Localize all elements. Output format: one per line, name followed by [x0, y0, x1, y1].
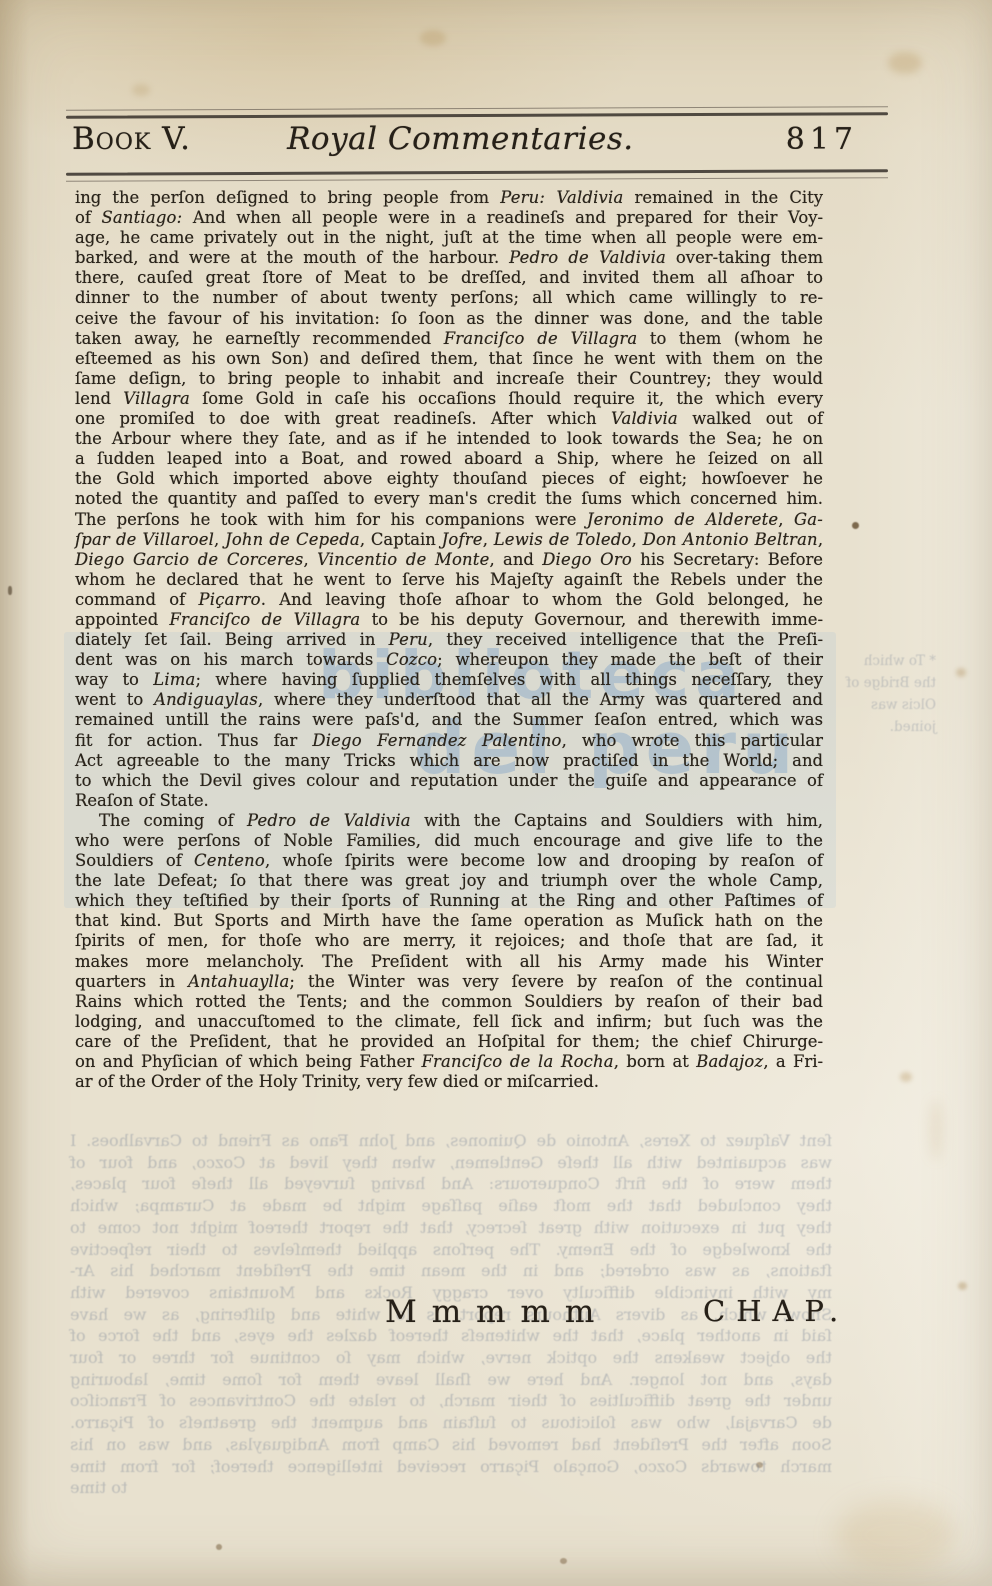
ink-speck — [216, 1544, 222, 1550]
text-line: lodging, and unaccuſtomed to the climate… — [75, 1012, 823, 1032]
page-footer: Mmmmm CHAP. — [75, 1294, 855, 1340]
paragraph-2: The coming of Pedro de Valdivia with the… — [75, 811, 823, 1092]
text-line: barked, and were at the mouth of the har… — [75, 248, 823, 268]
text-line: noted the quantity and paſſed to every m… — [75, 489, 823, 509]
text-line: eſteemed as his own Son) and deſired the… — [75, 349, 823, 369]
text-line: who were perſons of Noble Families, did … — [75, 831, 823, 851]
text-line: The perſons he took with him for his com… — [75, 510, 823, 530]
text-line: a ſudden leaped into a Boat, and rowed a… — [75, 449, 823, 469]
text-line: on and Phyſician of which being Father F… — [75, 1052, 823, 1072]
text-line: ar of the Order of the Holy Trinity, ver… — [75, 1072, 823, 1092]
text-line: ſpar de Villaroel, John de Cepeda, Capta… — [75, 530, 823, 550]
text-line: one promiſed to doe with great readineſs… — [75, 409, 823, 429]
text-line: went to Andiguaylas, where they underſto… — [75, 690, 823, 710]
text-line: dinner to the number of about twenty per… — [75, 288, 823, 308]
foxing-spot — [956, 668, 966, 677]
text-line: Rains which rotted the Tents; and the co… — [75, 992, 823, 1012]
text-line: The coming of Pedro de Valdivia with the… — [75, 811, 823, 831]
ink-speck — [852, 522, 859, 529]
text-line: age, he came privately out in the night,… — [75, 228, 823, 248]
show-through-line: the object weakens the optick nerve, whi… — [70, 1347, 832, 1369]
show-through-line: de Carvajal, who was ſolicitous to ſuſta… — [70, 1412, 832, 1434]
text-line: that kind. But Sports and Mirth have the… — [75, 911, 823, 931]
show-through-line: the Bridge of — [840, 672, 936, 694]
header-rule-bottom — [66, 169, 888, 182]
show-through-line: they concluded that the moſt eaſie paſſa… — [70, 1195, 832, 1217]
text-line: Souldiers of Centeno, whoſe ſpirits were… — [75, 851, 823, 871]
text-line: Diego Garcio de Corceres, Vincentio de M… — [75, 550, 823, 570]
show-through-line: under the great difficulties of their ma… — [70, 1390, 832, 1412]
text-line: diately ſet ſail. Being arrived in Peru,… — [75, 630, 823, 650]
ink-speck — [560, 1558, 567, 1564]
text-line: the Gold which imported above eighty tho… — [75, 469, 823, 489]
text-line: appointed Franciſco de Villagra to be hi… — [75, 610, 823, 630]
text-line: of Santiago: And when all people were in… — [75, 208, 823, 228]
show-through-line: ſtations, as was ordered; and in the mea… — [70, 1260, 832, 1282]
text-line: there, cauſed great ſtore of Meat to be … — [75, 268, 823, 288]
book-page-scan: biblioteca del peru * To whichthe Bridge… — [0, 0, 992, 1586]
signature-mark: Mmmmm — [385, 1294, 609, 1330]
header-rule-top — [66, 106, 888, 119]
foxing-spot — [888, 52, 922, 74]
text-line: ſpirits of men, for thoſe who are merry,… — [75, 931, 823, 951]
margin-mark — [8, 586, 12, 595]
show-through-line: they put in execution with great ſecrecy… — [70, 1217, 832, 1239]
show-through-line: joined. — [840, 716, 936, 738]
text-line: quarters in Antahuaylla; the Winter was … — [75, 972, 823, 992]
paper-stain — [930, 1100, 942, 1160]
running-head: Book V. Royal Commentaries. 817 — [72, 121, 872, 157]
text-line: whom he declared that he went to ſerve h… — [75, 570, 823, 590]
ink-speck — [756, 1462, 763, 1468]
show-through-line: Olcis was — [840, 694, 936, 716]
foxing-spot — [132, 84, 150, 96]
show-through-line: march towards Cozco, Gonçalo Piçarro rec… — [70, 1456, 832, 1478]
foxing-spot — [958, 1282, 967, 1290]
page-body-text: ing the perſon deſigned to bring people … — [75, 188, 823, 1092]
running-title: Royal Commentaries. — [287, 121, 634, 157]
text-line: Reaſon of State. — [75, 791, 823, 811]
text-line: which they teſtified by their ſports of … — [75, 891, 823, 911]
page-number: 817 — [786, 122, 858, 157]
show-through-line: Soon after the Preſident had removed his… — [70, 1434, 832, 1456]
text-line: to which the Devil gives colour and repu… — [75, 771, 823, 791]
show-through-line: the knowledge of the Enemy. The perſons … — [70, 1239, 832, 1261]
show-through-line: them were of the firſt Conquerours: And … — [70, 1173, 832, 1195]
foxing-spot — [900, 1072, 912, 1082]
text-line: lend Villagra ſome Gold in caſe his occa… — [75, 389, 823, 409]
foxing-spot — [420, 30, 446, 46]
text-line: ſame deſign, to bring people to inhabit … — [75, 369, 823, 389]
text-line: Act agreeable to the many Tricks which a… — [75, 751, 823, 771]
book-label: Book V. — [72, 121, 191, 157]
text-line: ceive the favour of his invitation: ſo ſ… — [75, 309, 823, 329]
text-line: care of the Preſident, that he provided … — [75, 1032, 823, 1052]
show-through-line: days, and not longer. And here we ſhall … — [70, 1369, 832, 1391]
text-line: the Arbour where they ſate, and as if he… — [75, 429, 823, 449]
text-line: fit for action. Thus far Diego Fernandez… — [75, 731, 823, 751]
text-line: taken away, he earneſtly recommended Fra… — [75, 329, 823, 349]
show-through-line: to time — [70, 1477, 832, 1499]
show-through-line: was acquainted with all theſe Gentlemen,… — [70, 1152, 832, 1174]
catchword: CHAP. — [703, 1294, 849, 1328]
text-line: way to Lima; where having ſupplied themſ… — [75, 670, 823, 690]
text-line: dent was on his march towards Cozco; whe… — [75, 650, 823, 670]
show-through-line: ſent Vaſquez to Xeres, Antonio de Quinon… — [70, 1130, 832, 1152]
show-through-line: * To which — [840, 650, 936, 672]
show-through-margin-note: * To whichthe Bridge ofOlcis wasjoined. — [840, 650, 936, 738]
text-line: the late Defeat; ſo that there was great… — [75, 871, 823, 891]
text-line: makes more melancholy. The Preſident wit… — [75, 952, 823, 972]
paper-stain — [836, 1500, 956, 1570]
text-line: command of Piçarro. And leaving thoſe aſ… — [75, 590, 823, 610]
text-line: ing the perſon deſigned to bring people … — [75, 188, 823, 208]
text-line: remained untill the rains were paſs'd, a… — [75, 710, 823, 730]
paragraph-1: ing the perſon deſigned to bring people … — [75, 188, 823, 811]
